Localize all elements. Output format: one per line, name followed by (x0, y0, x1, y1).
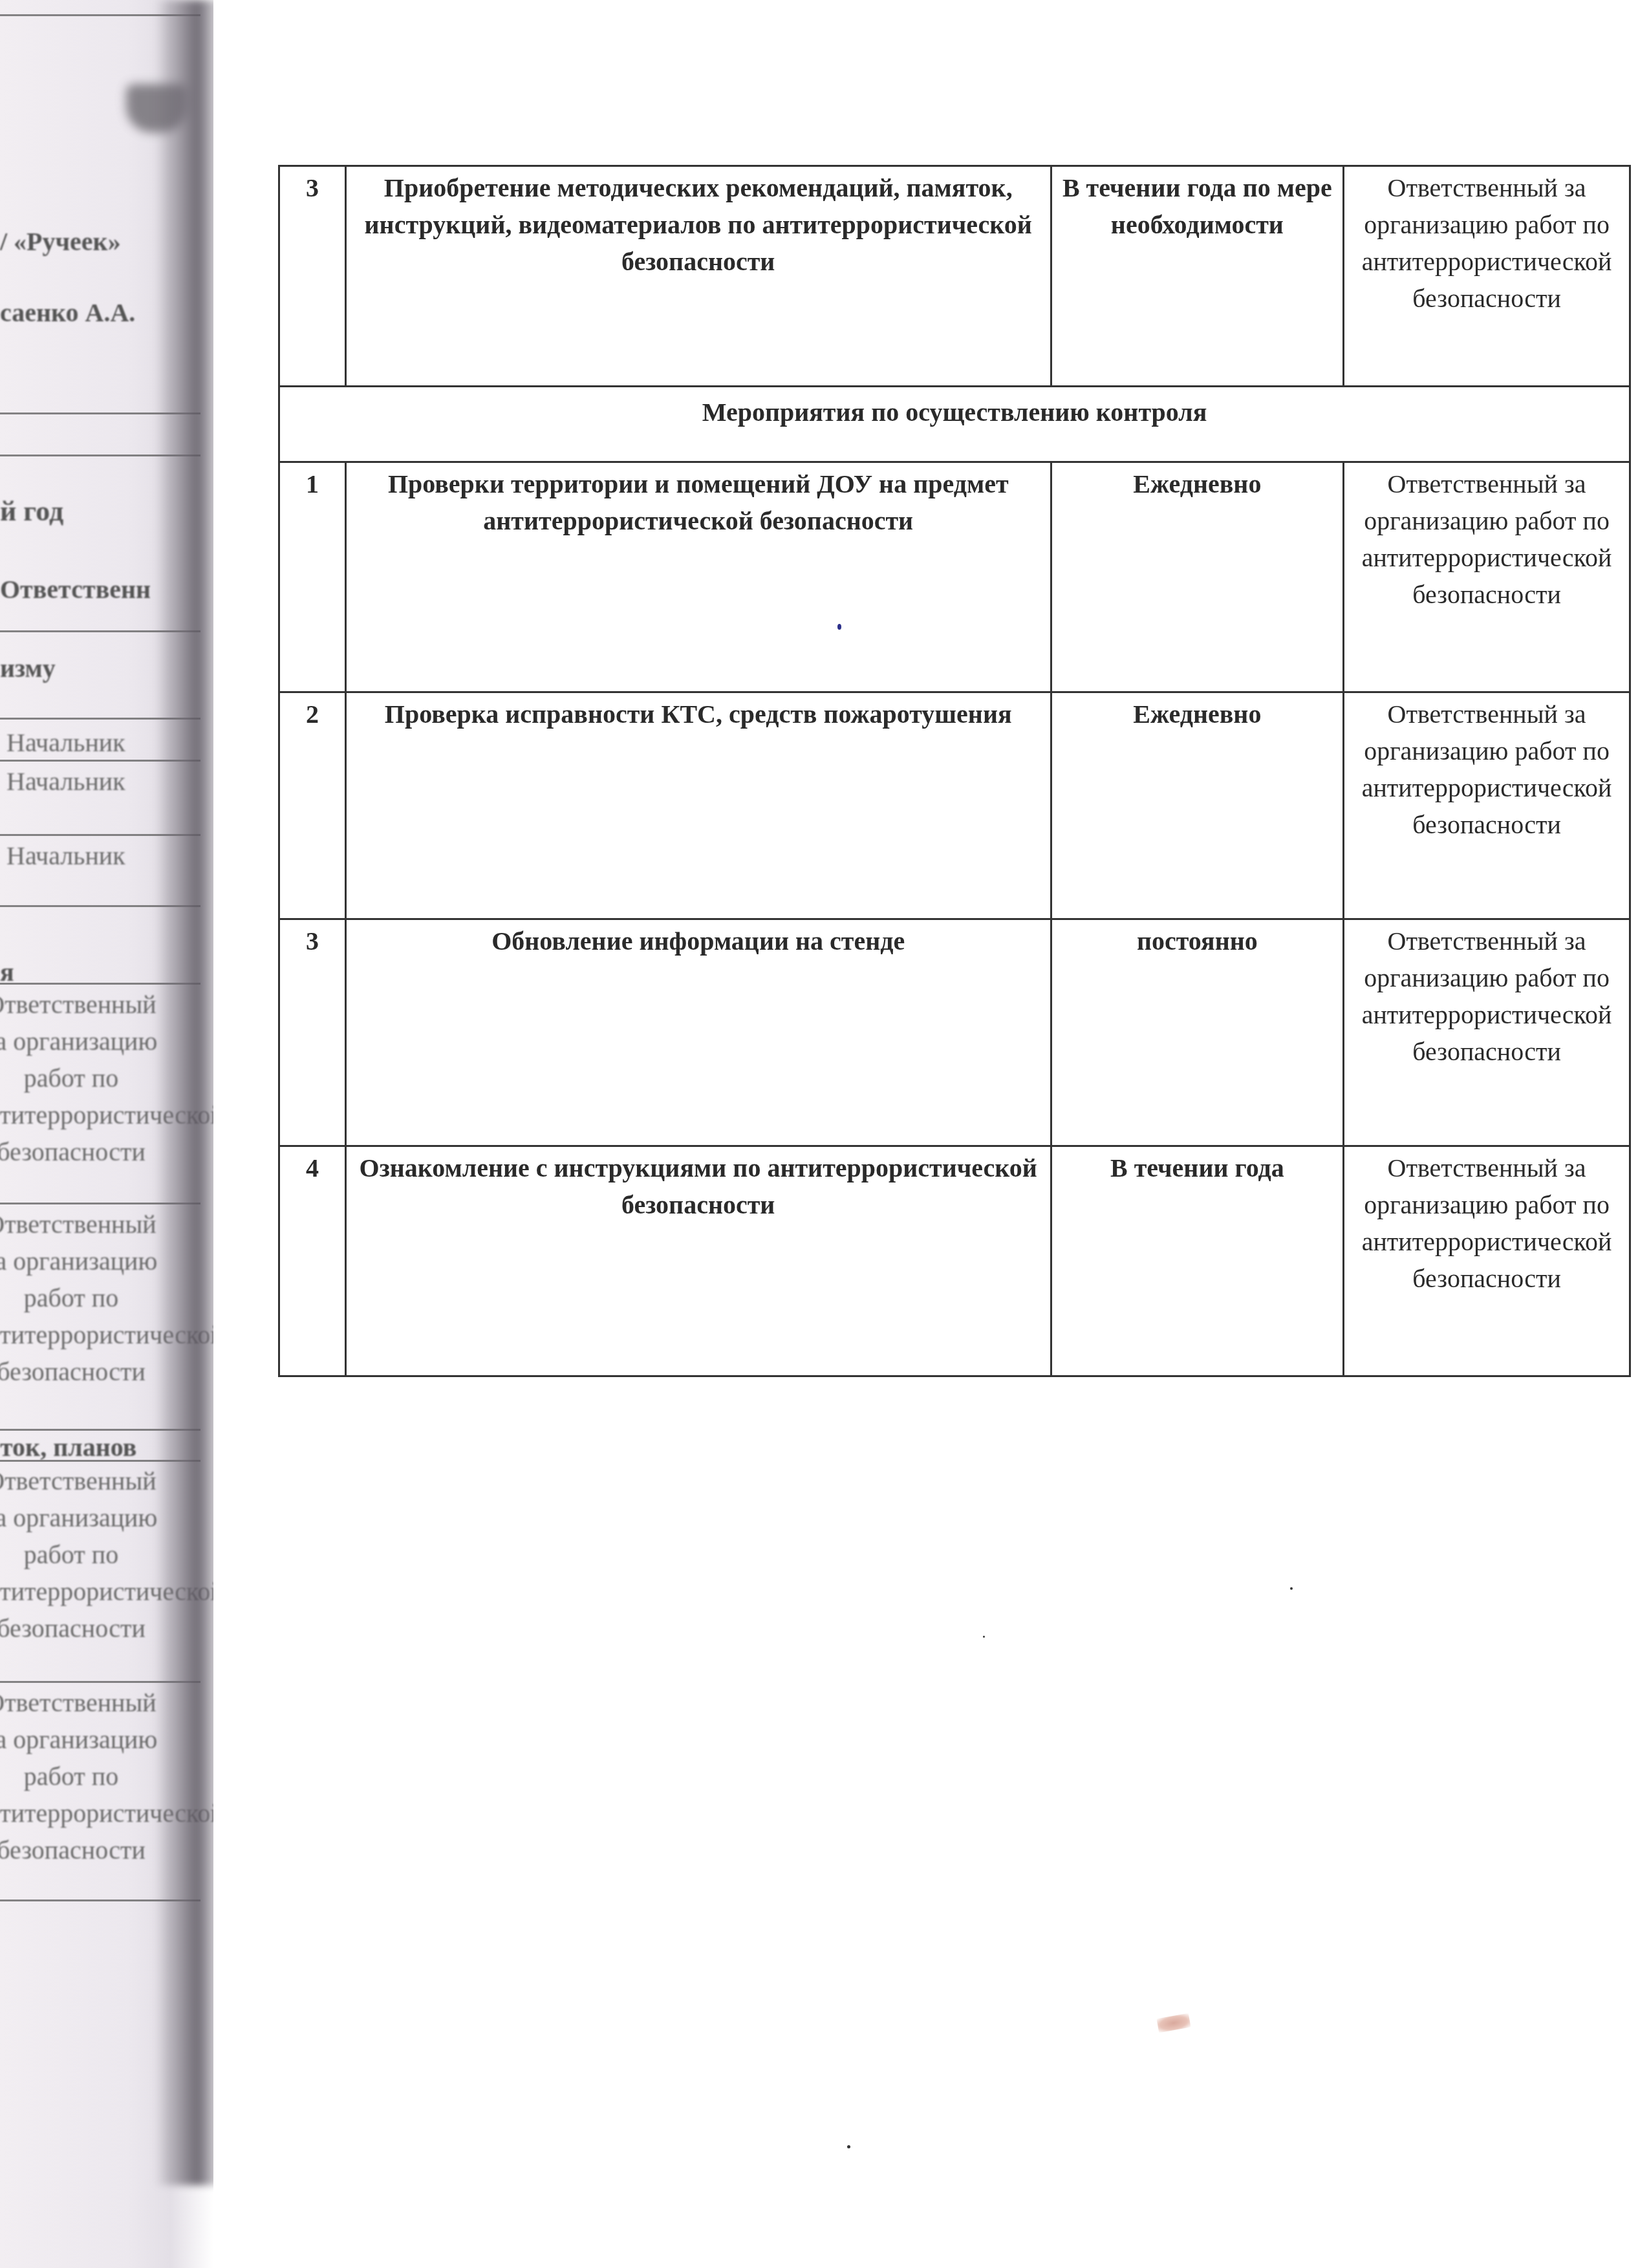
row-number: 3 (279, 166, 346, 387)
term-cell: постоянно (1051, 919, 1343, 1146)
previous-page-bleed-through: / «Ручеек» саенко А.А. й год Ответственн… (0, 0, 213, 2268)
row-number: 4 (279, 1146, 346, 1376)
term-cell: В течении года (1051, 1146, 1343, 1376)
table-row: 4 Ознакомление с инструкциями по антитер… (279, 1146, 1630, 1376)
term-cell: В течении года по мере необходимости (1051, 166, 1343, 387)
dust-speck (847, 2145, 850, 2148)
row-number: 1 (279, 462, 346, 692)
task-cell: Ознакомление с инструкциями по антитерро… (345, 1146, 1051, 1376)
term-cell: Ежедневно (1051, 692, 1343, 919)
responsible-cell: Ответственный за организацию работ по ан… (1344, 166, 1630, 387)
ghost-text: Ответственный за организацию работ по ан… (0, 1684, 168, 1868)
row-number: 3 (279, 919, 346, 1146)
ghost-text: Ответственный за организацию работ по ан… (0, 1206, 168, 1390)
task-cell: Проверка исправности КТС, средств пожаро… (345, 692, 1051, 919)
ink-speck (837, 624, 841, 630)
responsible-cell: Ответственный за организацию работ по ан… (1344, 692, 1630, 919)
page-fold-shadow (155, 0, 213, 2185)
paper-stain (1156, 2013, 1191, 2033)
dust-speck (983, 1636, 985, 1638)
section-title: Мероприятия по осуществлению контроля (279, 387, 1630, 462)
task-cell: Обновление информации на стенде (345, 919, 1051, 1146)
table-row: 3 Приобретение методических рекомендаций… (279, 166, 1630, 387)
ghost-text: Ответственный за организацию работ по ан… (0, 1462, 168, 1647)
table-row: 3 Обновление информации на стенде постоя… (279, 919, 1630, 1146)
table-row: 2 Проверка исправности КТС, средств пожа… (279, 692, 1630, 919)
responsible-cell: Ответственный за организацию работ по ан… (1344, 1146, 1630, 1376)
ghost-text: Ответственный за организацию работ по ан… (0, 986, 168, 1170)
section-header-row: Мероприятия по осуществлению контроля (279, 387, 1630, 462)
row-number: 2 (279, 692, 346, 919)
task-cell: Проверки территории и помещений ДОУ на п… (345, 462, 1051, 692)
term-cell: Ежедневно (1051, 462, 1343, 692)
task-cell: Приобретение методических рекомендаций, … (345, 166, 1051, 387)
responsible-cell: Ответственный за организацию работ по ан… (1344, 919, 1630, 1146)
security-measures-table: 3 Приобретение методических рекомендаций… (278, 165, 1631, 1377)
table-row: 1 Проверки территории и помещений ДОУ на… (279, 462, 1630, 692)
dust-speck (1290, 1587, 1293, 1590)
responsible-cell: Ответственный за организацию работ по ан… (1344, 462, 1630, 692)
